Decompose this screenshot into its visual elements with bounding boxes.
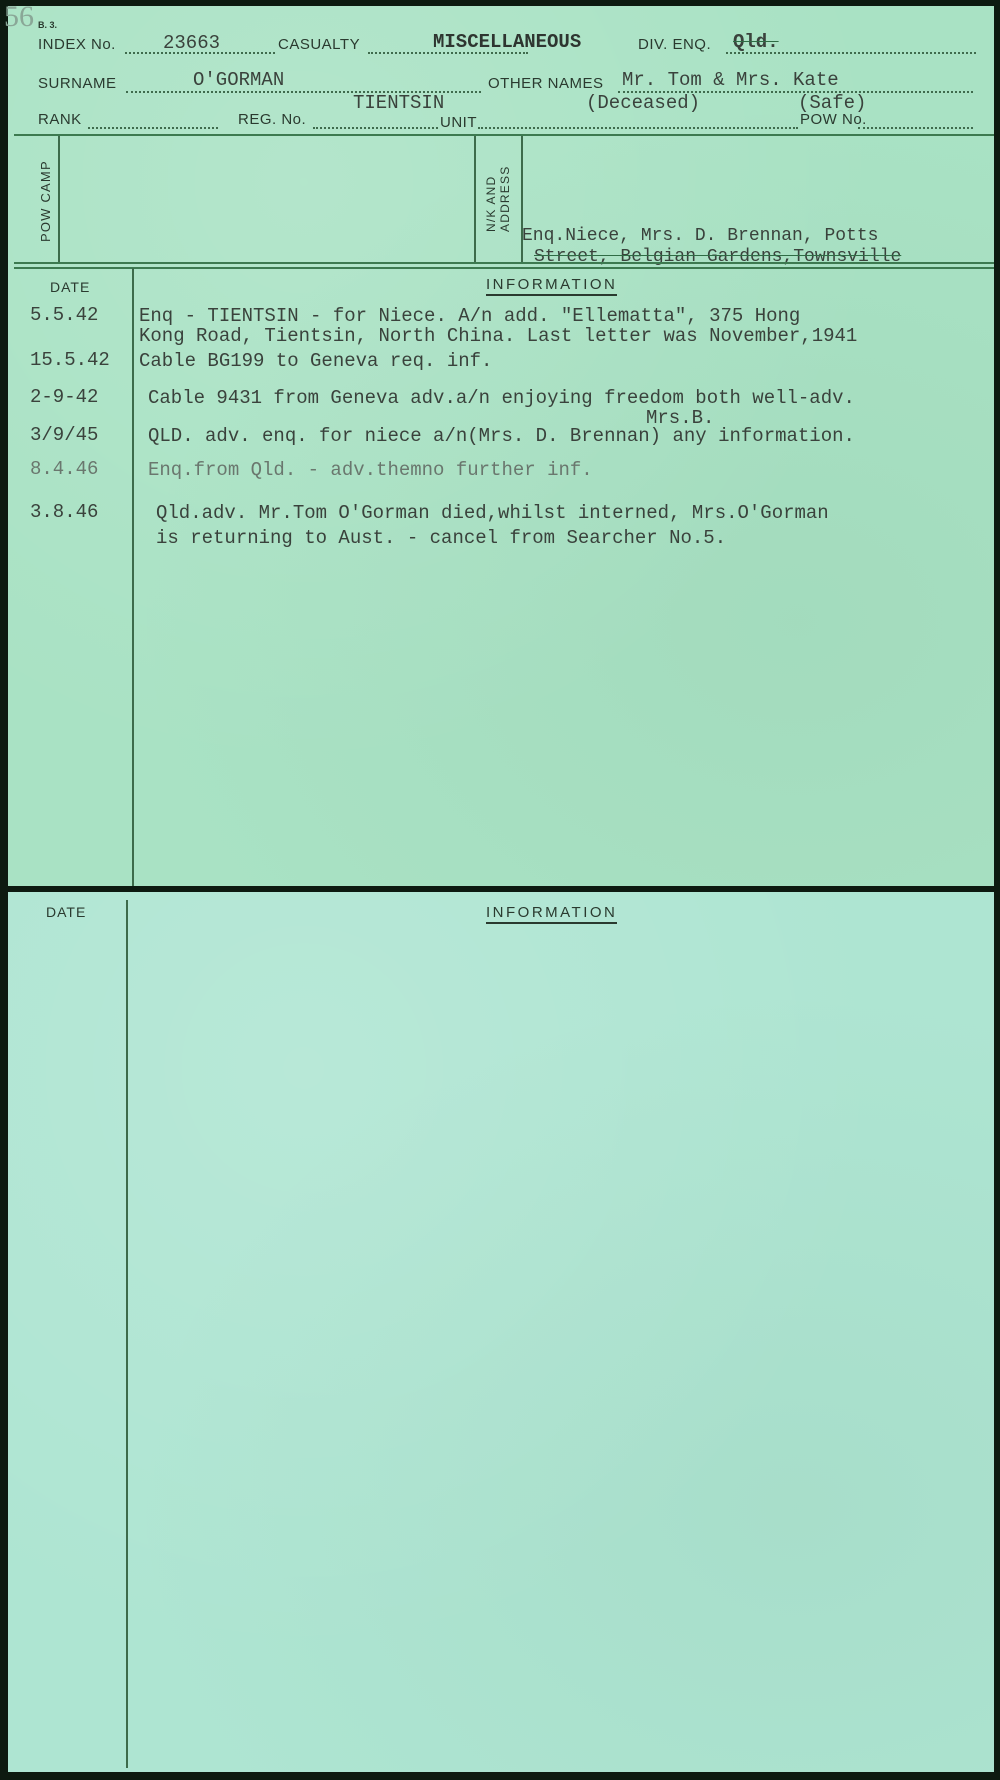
date-column-header: DATE [50, 279, 90, 295]
pow-no-label: POW No. [800, 111, 867, 128]
entry-text-line: Enq.from Qld. - adv.themno further inf. [148, 458, 593, 482]
index-label: INDEX No. [38, 36, 116, 53]
index-value: 23663 [163, 32, 220, 54]
div-enq-label: DIV. ENQ. [638, 36, 711, 53]
surname-label: SURNAME [38, 75, 117, 92]
entry-text-line: Qld.adv. Mr.Tom O'Gorman died,whilst int… [156, 501, 829, 525]
pencil-mark: 56 [4, 0, 34, 34]
nk-address-line-2: Street, Belgian Gardens,Townsville [534, 247, 901, 267]
entry-date: 8.4.46 [30, 458, 98, 480]
entry-date: 2-9-42 [30, 386, 98, 408]
entry-date: 5.5.42 [30, 304, 98, 326]
nk-address-label-2: ADDRESS [498, 166, 513, 232]
entry-text-line: Cable 9431 from Geneva adv.a/n enjoying … [148, 386, 855, 410]
div-enq-value: Qld. [733, 31, 779, 53]
other-names-value: Mr. Tom & Mrs. Kate [622, 69, 839, 91]
information-column-header: INFORMATION [486, 904, 617, 924]
entry-date: 3/9/45 [30, 424, 98, 446]
entry-text-line: Kong Road, Tientsin, North China. Last l… [139, 324, 857, 348]
other-names-note-deceased: (Deceased) [586, 92, 700, 114]
index-card-front: 56 B. 3. INDEX No. 23663 CASUALTY MISCEL… [8, 6, 994, 886]
surname-value: O'GORMAN [193, 69, 284, 91]
pow-camp-label: POW CAMP [38, 160, 53, 242]
casualty-label: CASUALTY [278, 36, 360, 53]
index-card-back: DATE INFORMATION [8, 892, 994, 1772]
unit-value: TIENTSIN [353, 92, 444, 114]
rank-label: RANK [38, 111, 82, 128]
casualty-value: MISCELLANEOUS [433, 31, 581, 53]
information-column-header: INFORMATION [486, 276, 617, 296]
entry-date: 15.5.42 [30, 349, 110, 371]
unit-label: UNIT [440, 114, 477, 131]
nk-address-label-1: N/K AND [484, 176, 499, 232]
entry-text-line: Cable BG199 to Geneva req. inf. [139, 349, 492, 373]
nk-address-line-1: Enq.Niece, Mrs. D. Brennan, Potts [522, 226, 878, 246]
entry-date: 3.8.46 [30, 501, 98, 523]
other-names-label: OTHER NAMES [488, 75, 604, 92]
reg-no-label: REG. No. [238, 111, 306, 128]
date-column-header: DATE [46, 904, 86, 920]
form-number: B. 3. [38, 20, 57, 30]
entry-text-line: QLD. adv. enq. for niece a/n(Mrs. D. Bre… [148, 424, 855, 448]
entry-text-line: is returning to Aust. - cancel from Sear… [156, 526, 726, 550]
